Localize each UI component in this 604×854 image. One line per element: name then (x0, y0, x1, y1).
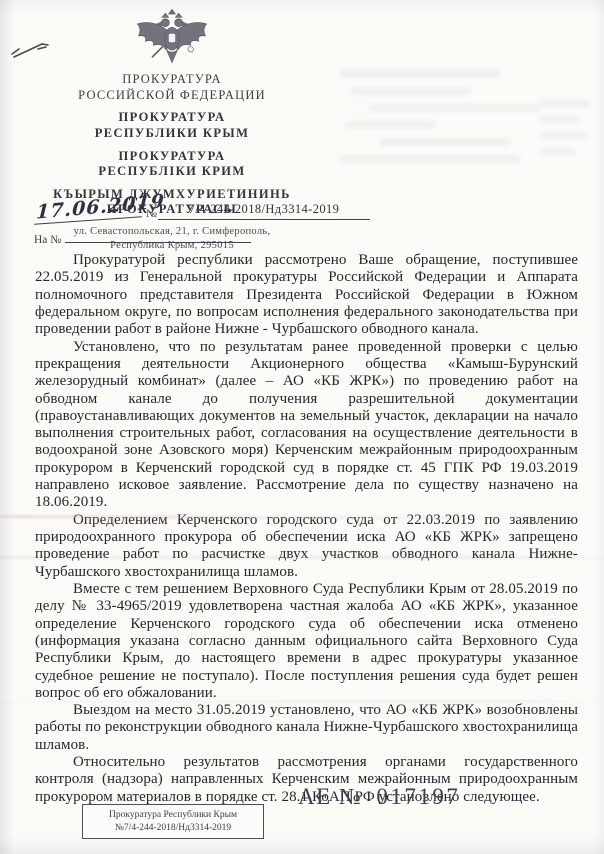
registration-stamp: Прокуратура Республики Крым №7/4-244-201… (82, 804, 264, 839)
scanned-letter-page: { "header": { "emblem_icon": "russian-do… (0, 0, 604, 854)
coat-of-arms-icon (132, 8, 212, 68)
org-crimea-ua-line1: ПРОКУРАТУРА (28, 149, 316, 165)
paragraph-2: Установлено, что по результатам ранее пр… (35, 339, 578, 512)
incoming-number-label: На № (34, 234, 61, 246)
outgoing-number: 7/4-244-2018/Нд3314-2019 (158, 202, 370, 220)
incoming-reference-row: На № (34, 230, 294, 248)
serial-number: 017197 (376, 784, 460, 809)
org-crimea-ua: ПРОКУРАТУРА РЕСПУБЛІКИ КРИМ (28, 149, 316, 180)
number-sign-label: № (146, 208, 157, 220)
paragraph-3: Определением Керченского городского суда… (35, 512, 578, 581)
serial-prefix: АЕ № (298, 784, 362, 809)
paper-crease (0, 700, 604, 703)
org-crimea-ru-line2: РЕСПУБЛИКИ КРЫМ (28, 126, 316, 142)
org-crimea-ru-line1: ПРОКУРАТУРА (28, 110, 316, 126)
outgoing-reference-row: 17.06.2019 № 7/4-244-2018/Нд3314-2019 (34, 194, 354, 228)
incoming-number-blank-line (65, 230, 251, 243)
paragraph-1: Прокуратурой республики рассмотрено Ваше… (35, 252, 578, 339)
paragraph-4: Вместе с тем решением Верховного Суда Ре… (35, 581, 578, 702)
form-serial-number: АЕ №017197 (298, 784, 460, 810)
paragraph-5: Выездом на место 31.05.2019 установлено,… (35, 702, 578, 754)
bleed-through-artifact-right-edge (540, 100, 600, 164)
org-crimea-ua-line2: РЕСПУБЛІКИ КРИМ (28, 164, 316, 180)
org-crimea-ru: ПРОКУРАТУРА РЕСПУБЛИКИ КРЫМ (28, 110, 316, 141)
org-federal-line1: ПРОКУРАТУРА (28, 72, 316, 88)
stamp-org-line: Прокуратура Республики Крым (87, 809, 259, 822)
letter-body: Прокуратурой республики рассмотрено Ваше… (35, 252, 578, 806)
org-federal-line2: РОССИЙСКОЙ ФЕДЕРАЦИИ (28, 88, 316, 104)
paper-crease (0, 556, 604, 559)
stamp-number-line: №7/4-244-2018/Нд3314-2019 (87, 822, 259, 835)
